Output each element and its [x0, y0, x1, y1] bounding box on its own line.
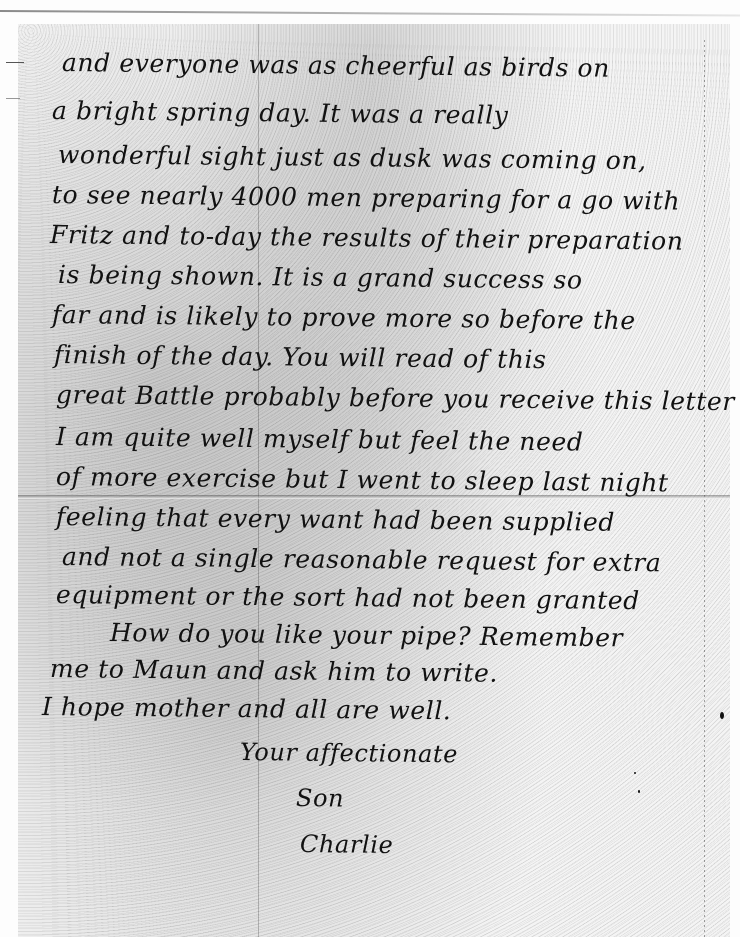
letter-line: is being shown. It is a grand success so	[58, 260, 583, 294]
letter-line: feeling that every want had been supplie…	[56, 502, 615, 537]
letter-line: and not a single reasonable request for …	[62, 542, 662, 577]
relation: Son	[296, 784, 344, 813]
letter-line: I hope mother and all are well.	[42, 692, 452, 725]
letter-line: I am quite well myself but feel the need	[56, 422, 584, 457]
letter-line: great Battle probably before you receive…	[56, 380, 735, 416]
scanned-letter-page: and everyone was as cheerful as birds on…	[0, 0, 740, 937]
signature: Charlie	[300, 830, 394, 859]
ink-speck	[634, 772, 636, 774]
ink-speck	[720, 712, 724, 719]
ink-speck	[638, 790, 640, 793]
letter-line: far and is likely to prove more so befor…	[52, 300, 636, 335]
letter-body: and everyone was as cheerful as birds on…	[0, 0, 740, 937]
letter-line: a bright spring day. It was a really	[52, 96, 509, 130]
letter-line: Fritz and to-day the results of their pr…	[50, 220, 684, 256]
letter-line: How do you like your pipe? Remember	[110, 618, 623, 652]
letter-line: wonderful sight just as dusk was coming …	[58, 140, 647, 175]
valediction: Your affectionate	[240, 738, 458, 768]
letter-line: to see nearly 4000 men preparing for a g…	[52, 180, 680, 216]
letter-line: and everyone was as cheerful as birds on	[62, 48, 610, 83]
letter-line: finish of the day. You will read of this	[54, 340, 547, 374]
letter-line: equipment or the sort had not been grant…	[56, 580, 640, 615]
letter-line: of more exercise but I went to sleep las…	[56, 462, 669, 497]
letter-line: me to Maun and ask him to write.	[50, 654, 498, 688]
